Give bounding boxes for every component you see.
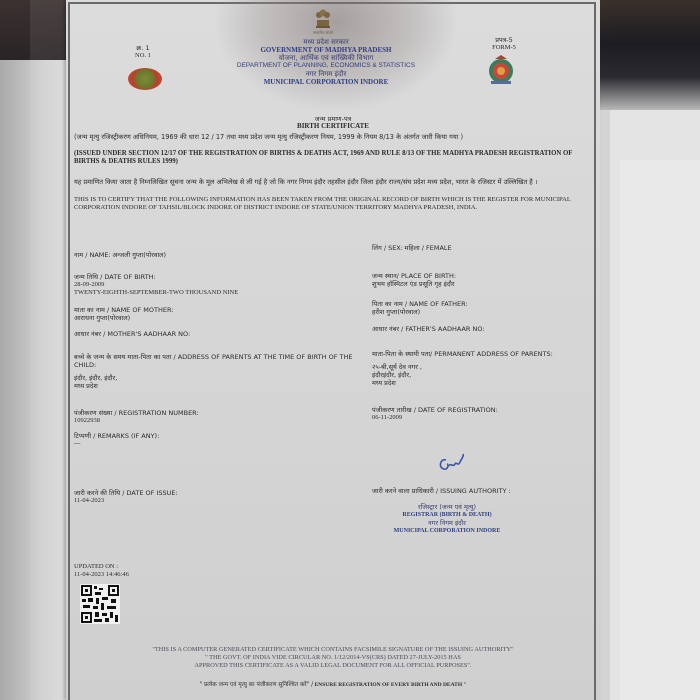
field-remarks: टिप्पणी / REMARKS (IF ANY): --- [74, 432, 334, 448]
permanent-address-label: माता-पिता के स्थायी पता/ PERMANENT ADDRE… [372, 350, 572, 358]
father-name-value: हरीश गुप्ता(पोरवाल) [372, 308, 592, 316]
field-registration-number: पंजीकरण संख्या / REGISTRATION NUMBER: 10… [74, 409, 334, 425]
field-permanent-address: माता-पिता के स्थायी पता/ PERMANENT ADDRE… [372, 350, 572, 387]
field-place-of-birth: जन्म स्थान/ PLACE OF BIRTH: शुभम हॉस्पिट… [372, 272, 592, 288]
field-father-name: पिता का नाम / NAME OF FATHER: हरीश गुप्त… [372, 300, 592, 316]
field-father-aadhaar: आधार नंबर / FATHER'S AADHAAR NO: [372, 325, 592, 333]
field-updated-on: UPDATED ON : 11-04-2023 14:46:46 [74, 563, 274, 579]
father-aadhaar-label: आधार नंबर / FATHER'S AADHAAR NO: [372, 325, 592, 333]
mother-name-label: माता का नाम / NAME OF MOTHER: [74, 306, 334, 314]
registration-date-label: पंजीकरण तारीख / DATE OF REGISTRATION: [372, 406, 592, 414]
serial-hi: क्र. 1 [128, 44, 158, 52]
registrar-hi: रजिस्ट्रार (जन्म एवं मृत्यु) [372, 503, 522, 511]
sex-label: लिंग / SEX: [372, 244, 403, 252]
sex-value: महिला / FEMALE [405, 244, 452, 252]
municipal-corporation-logo-icon [484, 54, 518, 86]
ensure-en: ENSURE REGISTRATION OF EVERY BIRTH AND D… [315, 682, 467, 688]
dept-en: DEPARTMENT OF PLANNING, ECONOMICS & STAT… [206, 62, 446, 70]
serial-number: क्र. 1 NO. 1 [128, 44, 158, 60]
registrar-en: REGISTRAR (BIRTH & DEATH) [372, 511, 522, 519]
updated-on-label: UPDATED ON : [74, 563, 274, 571]
issue-date-value: 11-04-2023 [74, 497, 334, 505]
ensure-registration: " प्रत्येक जन्म एवं मृत्यु का पंजीकरण सु… [66, 680, 600, 688]
serial-en: NO. 1 [128, 52, 158, 60]
field-issue-date: जारी करने की तिथि / DATE OF ISSUE: 11-04… [74, 489, 334, 505]
form-hi: प्रपत्र-5 [486, 36, 522, 44]
father-name-label: पिता का नाम / NAME OF FATHER: [372, 300, 592, 308]
government-header: मध्य प्रदेश सरकार GOVERNMENT OF MADHYA P… [206, 38, 446, 86]
registrar-corp-hi: नगर निगम इंदौर [372, 519, 522, 527]
gov-en: GOVERNMENT OF MADHYA PRADESH [206, 46, 446, 54]
permanent-address-line1: २५-बी,सूर्य देव नगर , [372, 363, 572, 371]
field-sex: लिंग / SEX: महिला / FEMALE [372, 244, 592, 253]
address-at-birth-line2: मध्य प्रदेश [74, 382, 364, 390]
ensure-hi: " प्रत्येक जन्म एवं मृत्यु का पंजीकरण सु… [199, 682, 313, 688]
issued-under-hi: (जन्म मृत्यु रजिस्ट्रीकरण अधिनियम, 1969 … [74, 133, 578, 141]
certify-hi: यह प्रमाणित किया जाता है निम्नलिखित सूचन… [74, 178, 578, 186]
registration-number-value: 10922938 [74, 417, 334, 425]
certify-en: THIS IS TO CERTIFY THAT THE FOLLOWING IN… [74, 196, 578, 212]
registration-number-label: पंजीकरण संख्या / REGISTRATION NUMBER: [74, 409, 334, 417]
page-title: BIRTH CERTIFICATE [66, 122, 600, 130]
address-at-birth-label: बच्चे के जन्म के समय माता-पिता का पता / … [74, 353, 364, 369]
qr-code-icon [80, 584, 120, 624]
dob-words: TWENTY-EIGHTH-SEPTEMBER-TWO THOUSAND NIN… [74, 289, 354, 297]
mother-aadhaar-label: आधार नंबर / MOTHER'S AADHAAR NO: [74, 330, 334, 338]
name-value: अन्जली गुप्ता(पोरवाल) [112, 251, 166, 259]
registrar-block: रजिस्ट्रार (जन्म एवं मृत्यु) REGISTRAR (… [372, 503, 522, 535]
remarks-label: टिप्पणी / REMARKS (IF ANY): [74, 432, 334, 440]
signature-icon [436, 452, 470, 474]
form-en: FORM-5 [486, 44, 522, 52]
form-number: प्रपत्र-5 FORM-5 [486, 36, 522, 52]
dept-hi: योजना, आर्थिक एवं सांख्यिकी विभाग [206, 54, 446, 62]
corp-hi: नगर निगम इंदौर [206, 70, 446, 78]
place-of-birth-label: जन्म स्थान/ PLACE OF BIRTH: [372, 272, 592, 280]
updated-on-value: 11-04-2023 14:46:46 [74, 571, 274, 579]
remarks-value: --- [74, 440, 334, 448]
footer-line-3: APPROVED THIS CERTIFICATE AS A VALID LEG… [66, 662, 600, 670]
permanent-address-line2: इंदौरइंदौर, इंदौर, [372, 371, 572, 379]
place-of-birth-value: शुभम हॉस्पिटल एंड प्रसूति गृह इंदौर [372, 280, 592, 288]
field-dob: जन्म तिथि / DATE OF BIRTH: 28-09-2009 TW… [74, 273, 354, 297]
footer-line-2: " THE GOVT. OF INDIA VIDE CIRCULAR NO. 1… [66, 654, 600, 662]
field-name: नाम / NAME: अन्जली गुप्ता(पोरवाल) [74, 251, 334, 260]
mother-name-value: आराधना गुप्ता(पोरवाल) [74, 314, 334, 322]
field-mother-name: माता का नाम / NAME OF MOTHER: आराधना गुप… [74, 306, 334, 322]
registration-date-value: 06-11-2009 [372, 414, 592, 422]
issuing-authority-label: जारी करने वाला प्राधिकारी / ISSUING AUTH… [372, 487, 592, 495]
emblem-caption: सत्यमेव जयते [298, 30, 348, 36]
birth-certificate-page: सत्यमेव जयते क्र. 1 NO. 1 मध्य प्रदेश सर… [66, 0, 600, 700]
footer-line-1: "THIS IS A COMPUTER GENERATED CERTIFICAT… [66, 646, 600, 654]
dob-label: जन्म तिथि / DATE OF BIRTH: [74, 273, 354, 281]
field-address-at-birth: बच्चे के जन्म के समय माता-पिता का पता / … [74, 353, 364, 390]
issue-date-label: जारी करने की तिथि / DATE OF ISSUE: [74, 489, 334, 497]
name-label: नाम / NAME: [74, 251, 111, 259]
issued-under-en: (ISSUED UNDER SECTION 12/17 OF THE REGIS… [74, 150, 578, 166]
background-right-sheet-inner [620, 160, 700, 700]
field-registration-date: पंजीकरण तारीख / DATE OF REGISTRATION: 06… [372, 406, 592, 422]
permanent-address-line3: मध्य प्रदेश [372, 379, 572, 387]
gov-hi: मध्य प्रदेश सरकार [206, 38, 446, 46]
dob-value: 28-09-2009 [74, 281, 354, 289]
mp-state-logo-icon [128, 68, 162, 90]
corp-en: MUNICIPAL CORPORATION INDORE [206, 78, 446, 86]
national-emblem-icon [312, 6, 334, 30]
registrar-corp-en: MUNICIPAL CORPORATION INDORE [372, 527, 522, 535]
field-mother-aadhaar: आधार नंबर / MOTHER'S AADHAAR NO: [74, 330, 334, 338]
address-at-birth-line1: इंदौर, इंदौर, इंदौर, [74, 374, 364, 382]
field-issuing-authority: जारी करने वाला प्राधिकारी / ISSUING AUTH… [372, 487, 592, 495]
